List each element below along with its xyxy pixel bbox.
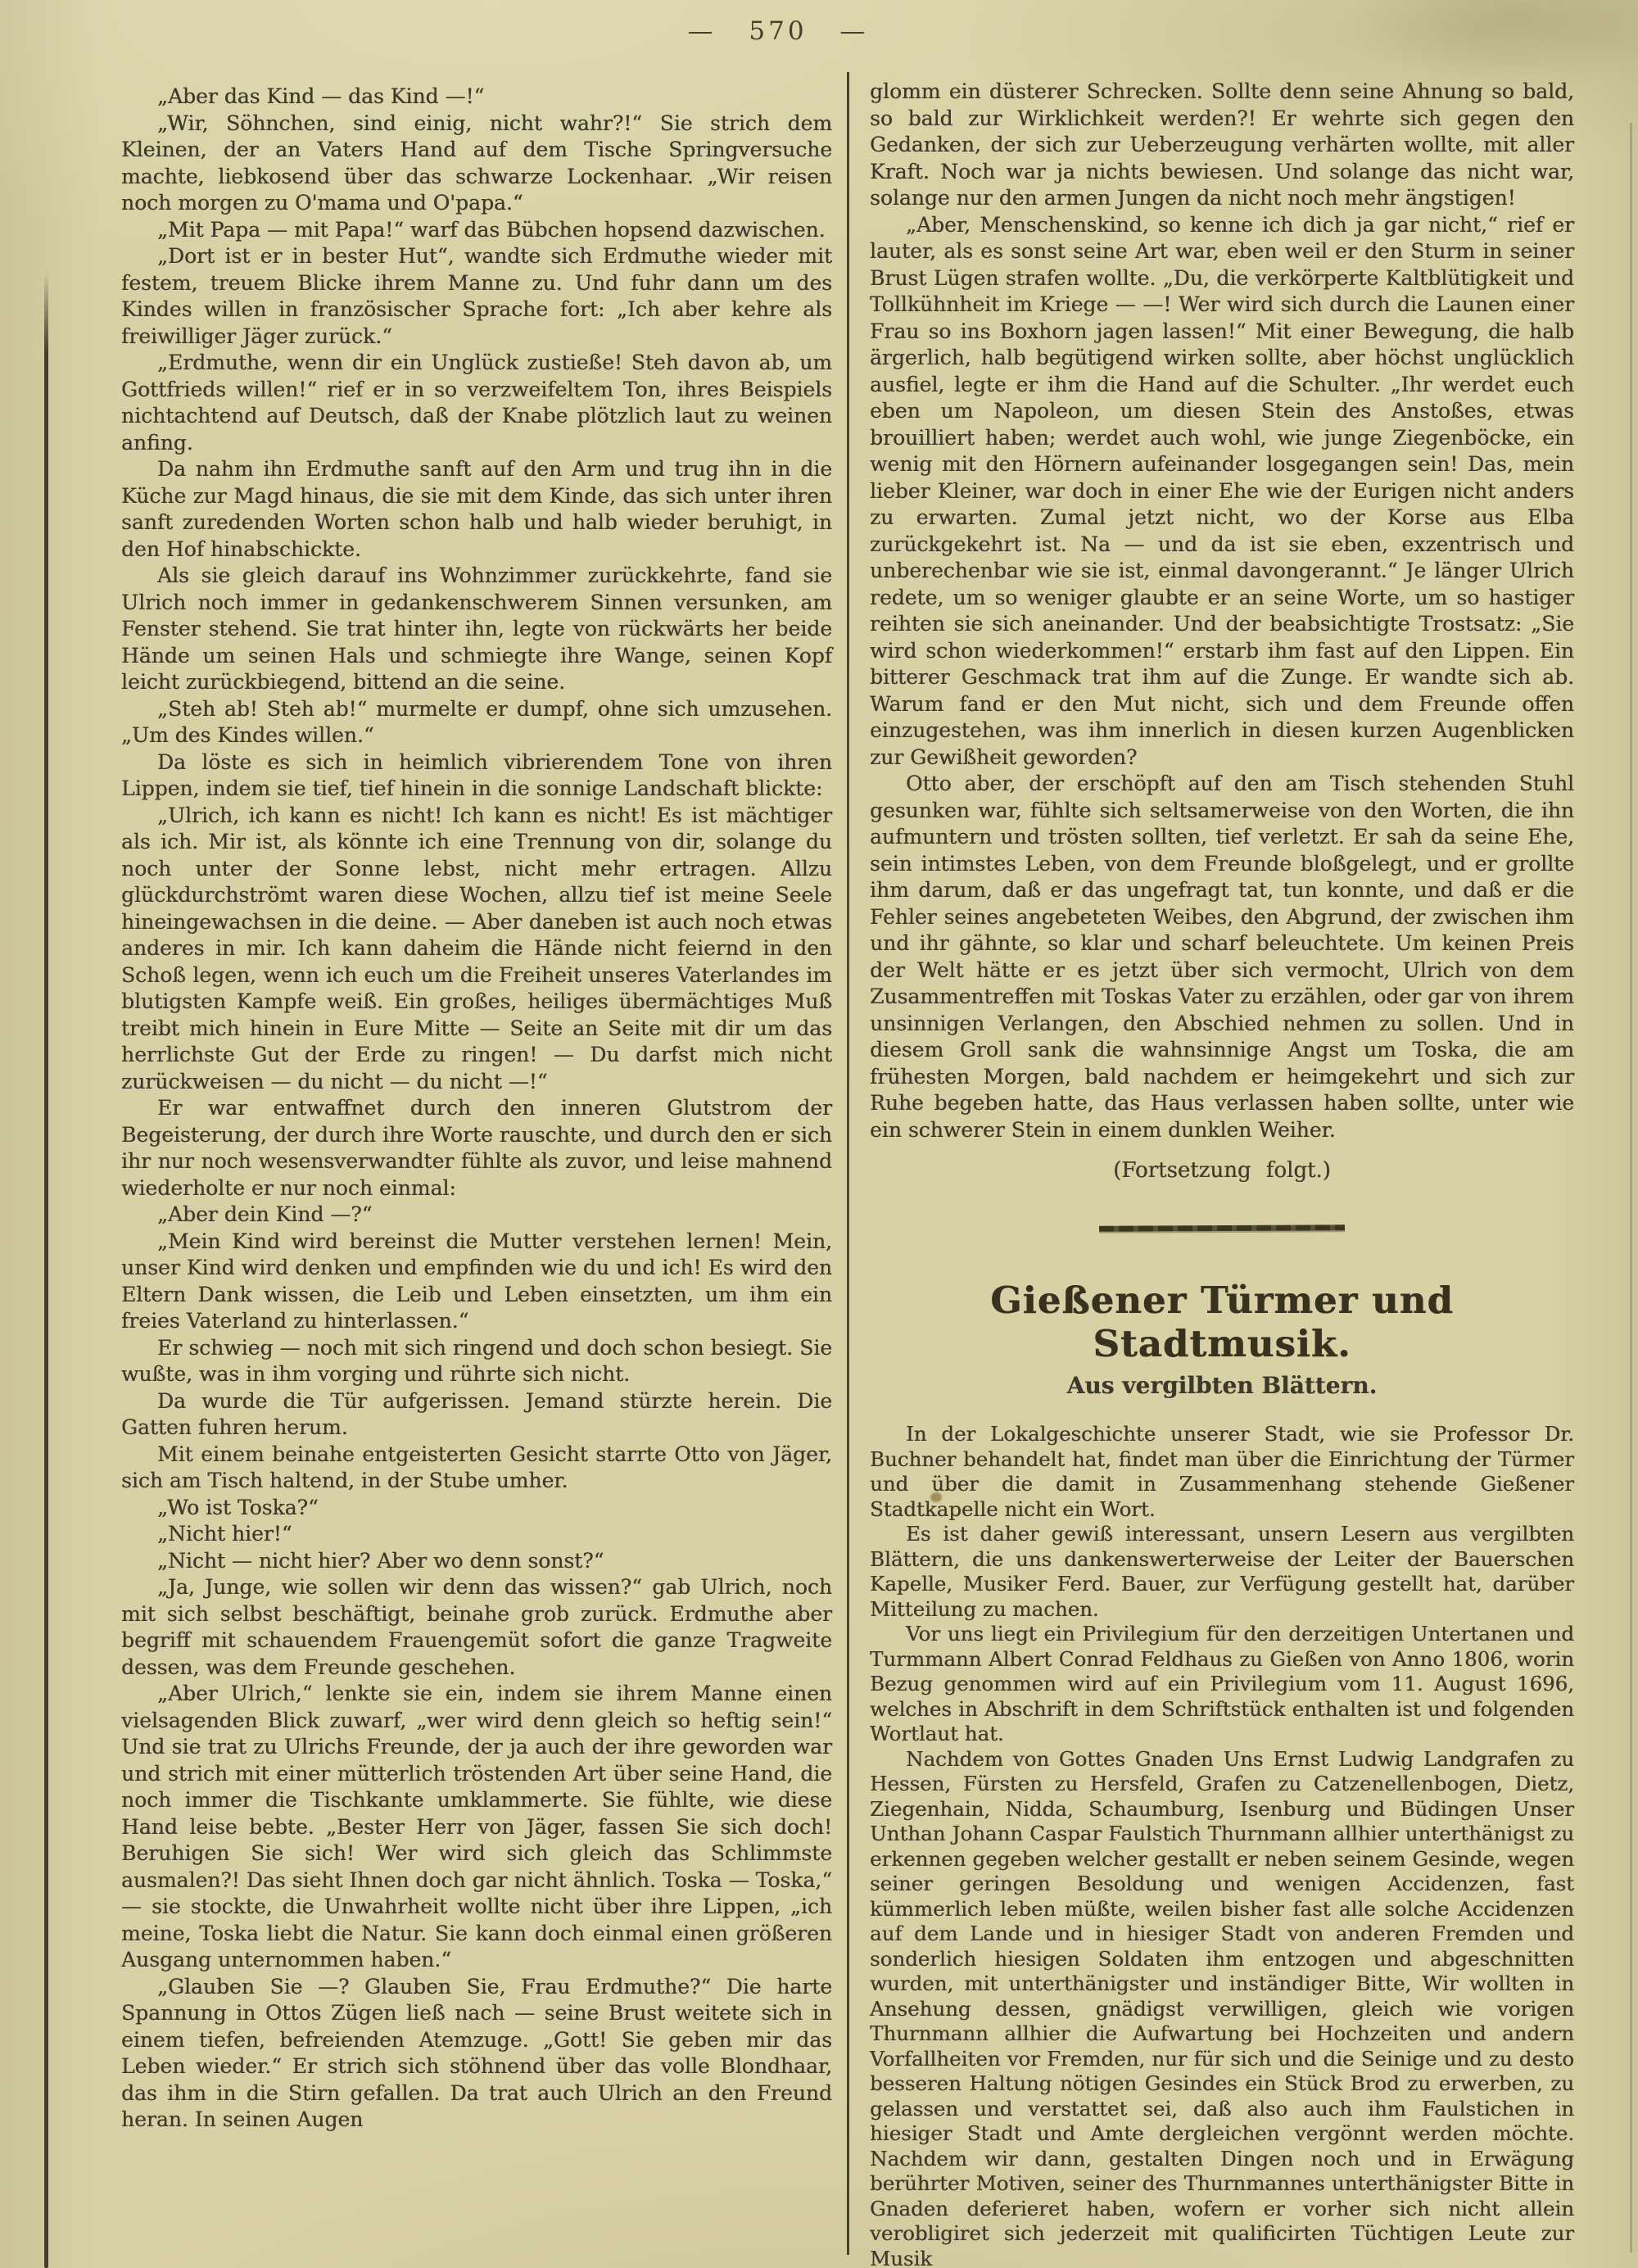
paragraph: „Nicht hier!“ [121, 1521, 832, 1548]
paragraph: „Steh ab! Steh ab!“ murmelte er dumpf, o… [121, 696, 832, 749]
paragraph: „Wo ist Toska?“ [121, 1495, 832, 1522]
paragraph: „Aber, Menschenskind, so kenne ich dich … [870, 212, 1574, 772]
paragraph: Er war entwaffnet durch den inneren Glut… [121, 1095, 832, 1202]
right-column: glomm ein düsterer Schrecken. Sollte den… [870, 79, 1574, 2268]
paragraph: Da wurde die Tür aufgerissen. Jemand stü… [121, 1388, 832, 1442]
paragraph: Als sie gleich darauf ins Wohnzimmer zur… [121, 563, 832, 696]
article-title: Gießener Türmer und Stadtmusik. [870, 1279, 1574, 1365]
section-divider-rule [1099, 1225, 1345, 1232]
paragraph: „Aber das Kind — das Kind —!“ [121, 84, 832, 111]
continuation-note: (Fortsetzung folgt.) [870, 1158, 1574, 1183]
paragraph: „Nicht — nicht hier? Aber wo denn sonst?… [121, 1548, 832, 1575]
scan-edge-artifact-left [44, 272, 48, 2268]
article-body: In der Lokalgeschichte unserer Stadt, wi… [870, 1422, 1574, 2268]
paragraph: „Erdmuthe, wenn dir ein Unglück zustieße… [121, 350, 832, 456]
article-subtitle: Aus vergilbten Blättern. [870, 1372, 1574, 1399]
paragraph: Nachdem von Gottes Gnaden Uns Ernst Ludw… [870, 1747, 1574, 2268]
paragraph: Mit einem beinahe entgeisterten Gesicht … [121, 1442, 832, 1495]
newspaper-page: — 570 — „Aber das Kind — das Kind —!“„Wi… [0, 0, 1638, 2268]
paragraph: Da löste es sich in heimlich vibrierende… [121, 749, 832, 803]
paragraph: Otto aber, der erschöpft auf den am Tisc… [870, 771, 1574, 1143]
paragraph: „Glauben Sie —? Glauben Sie, Frau Erdmut… [121, 1974, 832, 2134]
paragraph: „Aber dein Kind —?“ [121, 1202, 832, 1229]
paragraph: „Mit Papa — mit Papa!“ warf das Bübchen … [121, 217, 832, 244]
page-number: — 570 — [0, 16, 1556, 46]
paragraph: Da nahm ihn Erdmuthe sanft auf den Arm u… [121, 456, 832, 563]
paragraph: „Wir, Söhnchen, sind einig, nicht wahr?!… [121, 111, 832, 217]
scan-edge-artifact-right [1630, 123, 1632, 2252]
paragraph: glomm ein düsterer Schrecken. Sollte den… [870, 79, 1574, 212]
paragraph: „Mein Kind wird bereinst die Mutter vers… [121, 1229, 832, 1335]
paragraph: Es ist daher gewiß interessant, unsern L… [870, 1522, 1574, 1622]
column-divider-rule [847, 72, 849, 2255]
serial-story-continuation: glomm ein düsterer Schrecken. Sollte den… [870, 79, 1574, 1143]
paragraph: In der Lokalgeschichte unserer Stadt, wi… [870, 1422, 1574, 1522]
paragraph: Er schwieg — noch mit sich ringend und d… [121, 1335, 832, 1388]
paragraph: Vor uns liegt ein Privilegium für den de… [870, 1622, 1574, 1747]
paragraph: „Ulrich, ich kann es nicht! Ich kann es … [121, 803, 832, 1096]
paragraph: „Dort ist er in bester Hut“, wandte sich… [121, 243, 832, 350]
left-column: „Aber das Kind — das Kind —!“„Wir, Söhnc… [121, 84, 832, 2134]
paragraph: „Ja, Junge, wie sollen wir denn das wiss… [121, 1574, 832, 1681]
paragraph: „Aber Ulrich,“ lenkte sie ein, indem sie… [121, 1681, 832, 1974]
